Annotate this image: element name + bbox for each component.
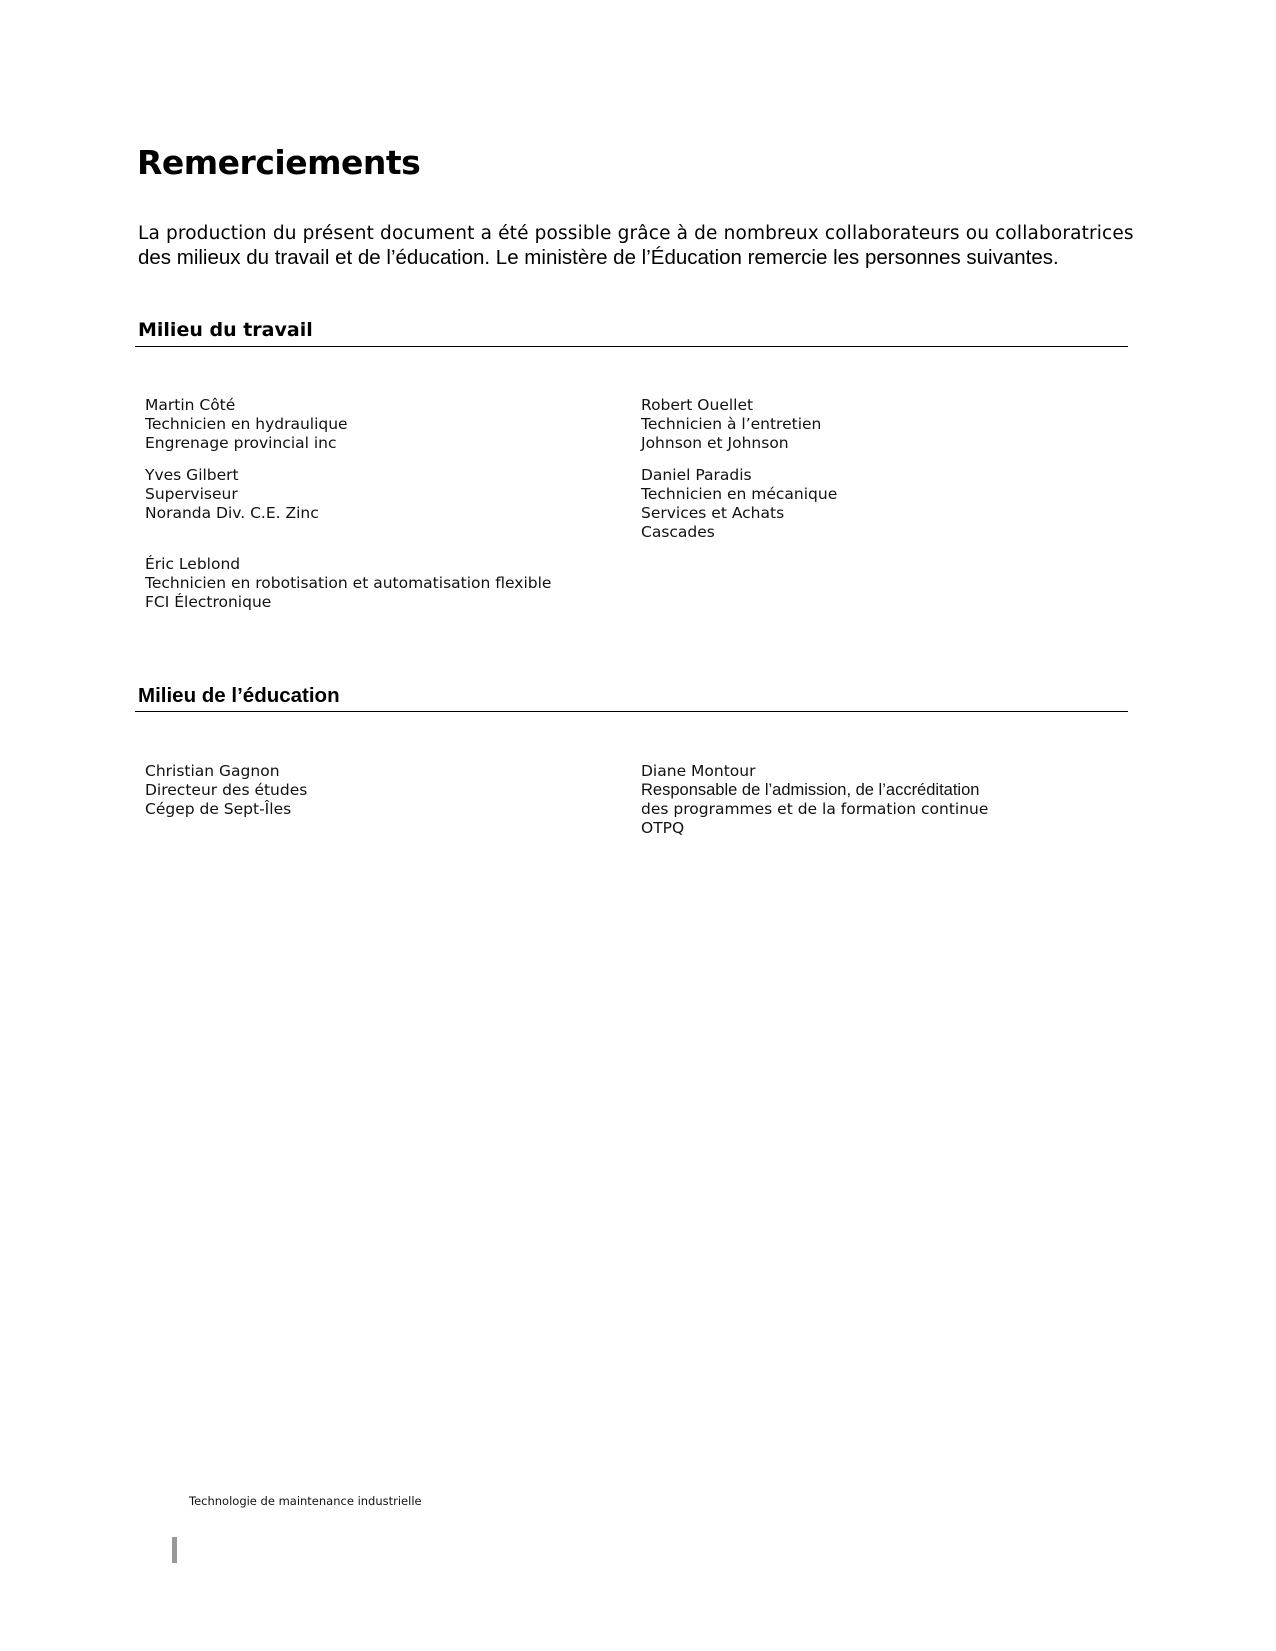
person-organization: FCI Électronique [145,593,551,612]
footer-document-title: Technologie de maintenance industrielle [189,1494,422,1508]
person-organization-2: Cascades [641,523,837,542]
section-divider [135,711,1128,712]
person-entry: Éric Leblond Technicien en robotisation … [145,555,551,612]
intro-line-2: des milieux du travail et de l’éducation… [138,246,1128,270]
person-entry: Yves Gilbert Superviseur Noranda Div. C.… [145,466,319,523]
person-entry: Daniel Paradis Technicien en mécanique S… [641,466,837,542]
person-organization: Noranda Div. C.E. Zinc [145,504,319,523]
person-name: Éric Leblond [145,555,551,574]
person-organization: Services et Achats [641,504,837,523]
intro-paragraph: La production du présent document a été … [138,222,1128,270]
person-name: Martin Côté [145,396,348,415]
person-organization: OTPQ [641,819,988,838]
person-entry: Christian Gagnon Directeur des études Cé… [145,762,307,819]
page-title: Remerciements [137,143,420,182]
person-role: Technicien à l’entretien [641,415,821,434]
section-heading-education: Milieu de l’éducation [138,684,340,708]
person-role: Responsable de l’admission, de l’accrédi… [641,781,988,800]
intro-line-1: La production du présent document a été … [138,222,1128,246]
person-organization: Engrenage provincial inc [145,434,348,453]
person-entry: Martin Côté Technicien en hydraulique En… [145,396,348,453]
person-name: Christian Gagnon [145,762,307,781]
person-name: Yves Gilbert [145,466,319,485]
person-name: Diane Montour [641,762,988,781]
person-entry: Robert Ouellet Technicien à l’entretien … [641,396,821,453]
person-name: Robert Ouellet [641,396,821,415]
section-divider [135,346,1128,347]
person-role: Directeur des études [145,781,307,800]
person-organization: Cégep de Sept-Îles [145,800,307,819]
person-name: Daniel Paradis [641,466,837,485]
person-organization: Johnson et Johnson [641,434,821,453]
person-role: Technicien en robotisation et automatisa… [145,574,551,593]
person-entry: Diane Montour Responsable de l’admission… [641,762,988,838]
footer-margin-bar [172,1537,177,1563]
person-role: Technicien en hydraulique [145,415,348,434]
person-role-continued: des programmes et de la formation contin… [641,800,988,819]
person-role: Technicien en mécanique [641,485,837,504]
person-role: Superviseur [145,485,319,504]
section-heading-work: Milieu du travail [138,319,313,341]
